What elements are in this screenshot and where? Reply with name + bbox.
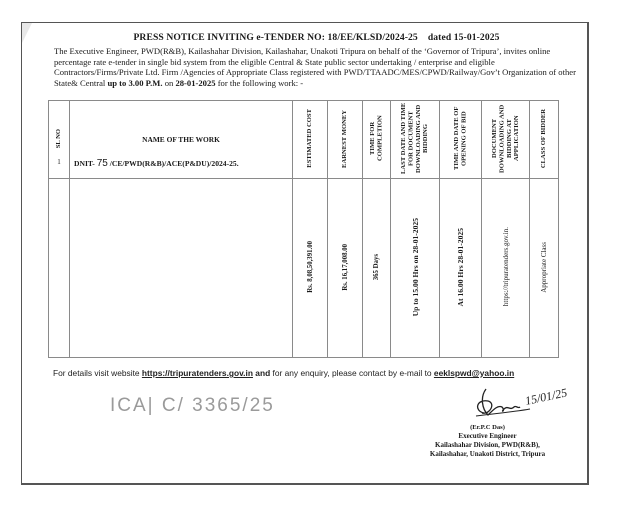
signatory-block: (Er.P.C Das) Executive Engineer Kailasha… (400, 423, 575, 459)
signatory-name: (Er.P.C Das) (400, 423, 575, 432)
signature-icon: 15/01/25 (470, 383, 590, 423)
header-earnest-money: EARNEST MONEY (328, 101, 363, 179)
signatory-location: Kailashahar, Unakoti District, Tripura (400, 450, 575, 459)
cell-last-date: Up to 15.00 Hrs on 28-01-2025 (391, 179, 440, 358)
handwritten-reference: ICA| C/ 3365/25 (110, 395, 275, 417)
intro-on: on (163, 78, 176, 88)
signatory-office: Kailashahar Division, PWD(R&B), (400, 441, 575, 450)
header-time-for-completion: TIME FOR COMPLETION (363, 101, 391, 179)
footer-contact: For details visit website https://tripur… (53, 368, 514, 378)
header-last-date: LAST DATE AND TIME FOR DOCUMENT DOWNLOAD… (391, 101, 440, 179)
signatory-designation: Executive Engineer (400, 432, 575, 441)
website-link[interactable]: https://tripuratenders.gov.in (142, 368, 253, 378)
footer-text: For details visit website (53, 368, 142, 378)
footer-and: and (253, 368, 270, 378)
deadline-date: 28-01-2025 (175, 78, 215, 88)
notice-date: dated 15-01-2025 (428, 32, 500, 43)
header-estimated-cost: ESTIMATED COST (293, 101, 328, 179)
cell-name-of-work: DNIT- 75 /CE/PWD(R&B)/ACE(P&DU)/2024-25. (70, 179, 293, 358)
tender-number: PRESS NOTICE INVITING e-TENDER NO: 18/EE… (133, 32, 417, 43)
header-document-downloading: DOCUMENT DOWNLOADING AND BIDDING AT APPL… (482, 101, 530, 179)
notice-title: PRESS NOTICE INVITING e-TENDER NO: 18/EE… (0, 32, 633, 43)
header-sl-no: SL NO (49, 101, 70, 179)
svg-text:15/01/25: 15/01/25 (524, 385, 569, 408)
tender-table: SL NO NAME OF THE WORK ESTIMATED COST EA… (48, 100, 559, 358)
cell-sl-no: 1 (49, 179, 70, 358)
header-opening: TIME AND DATE OF OPENING OF BID (440, 101, 482, 179)
cell-estimated-cost: Rs. 8,08,50,391.00 (293, 179, 328, 358)
cell-opening: At 16.00 Hrs 28-01-2025 (440, 179, 482, 358)
footer-text-enquiry: for any enquiry, please contact by e-mai… (270, 368, 434, 378)
cell-document-downloading[interactable]: https://tripuratenders.gov.in. (482, 179, 530, 358)
cell-class-of-bidder: Appropriate Class (530, 179, 559, 358)
deadline-time: up to 3.00 P.M. (107, 78, 162, 88)
cell-earnest-money: Rs. 16,17,008.00 (328, 179, 363, 358)
cell-time-for-completion: 365 Days (363, 179, 391, 358)
intro-tail: for the following work: - (216, 78, 304, 88)
notice-intro: The Executive Engineer, PWD(R&B), Kailas… (54, 46, 584, 88)
header-class-of-bidder: CLASS OF BIDDER (530, 101, 559, 179)
table-row: 1 DNIT- 75 /CE/PWD(R&B)/ACE(P&DU)/2024-2… (49, 179, 559, 358)
email-link[interactable]: eeklspwd@yahoo.in (434, 368, 514, 378)
